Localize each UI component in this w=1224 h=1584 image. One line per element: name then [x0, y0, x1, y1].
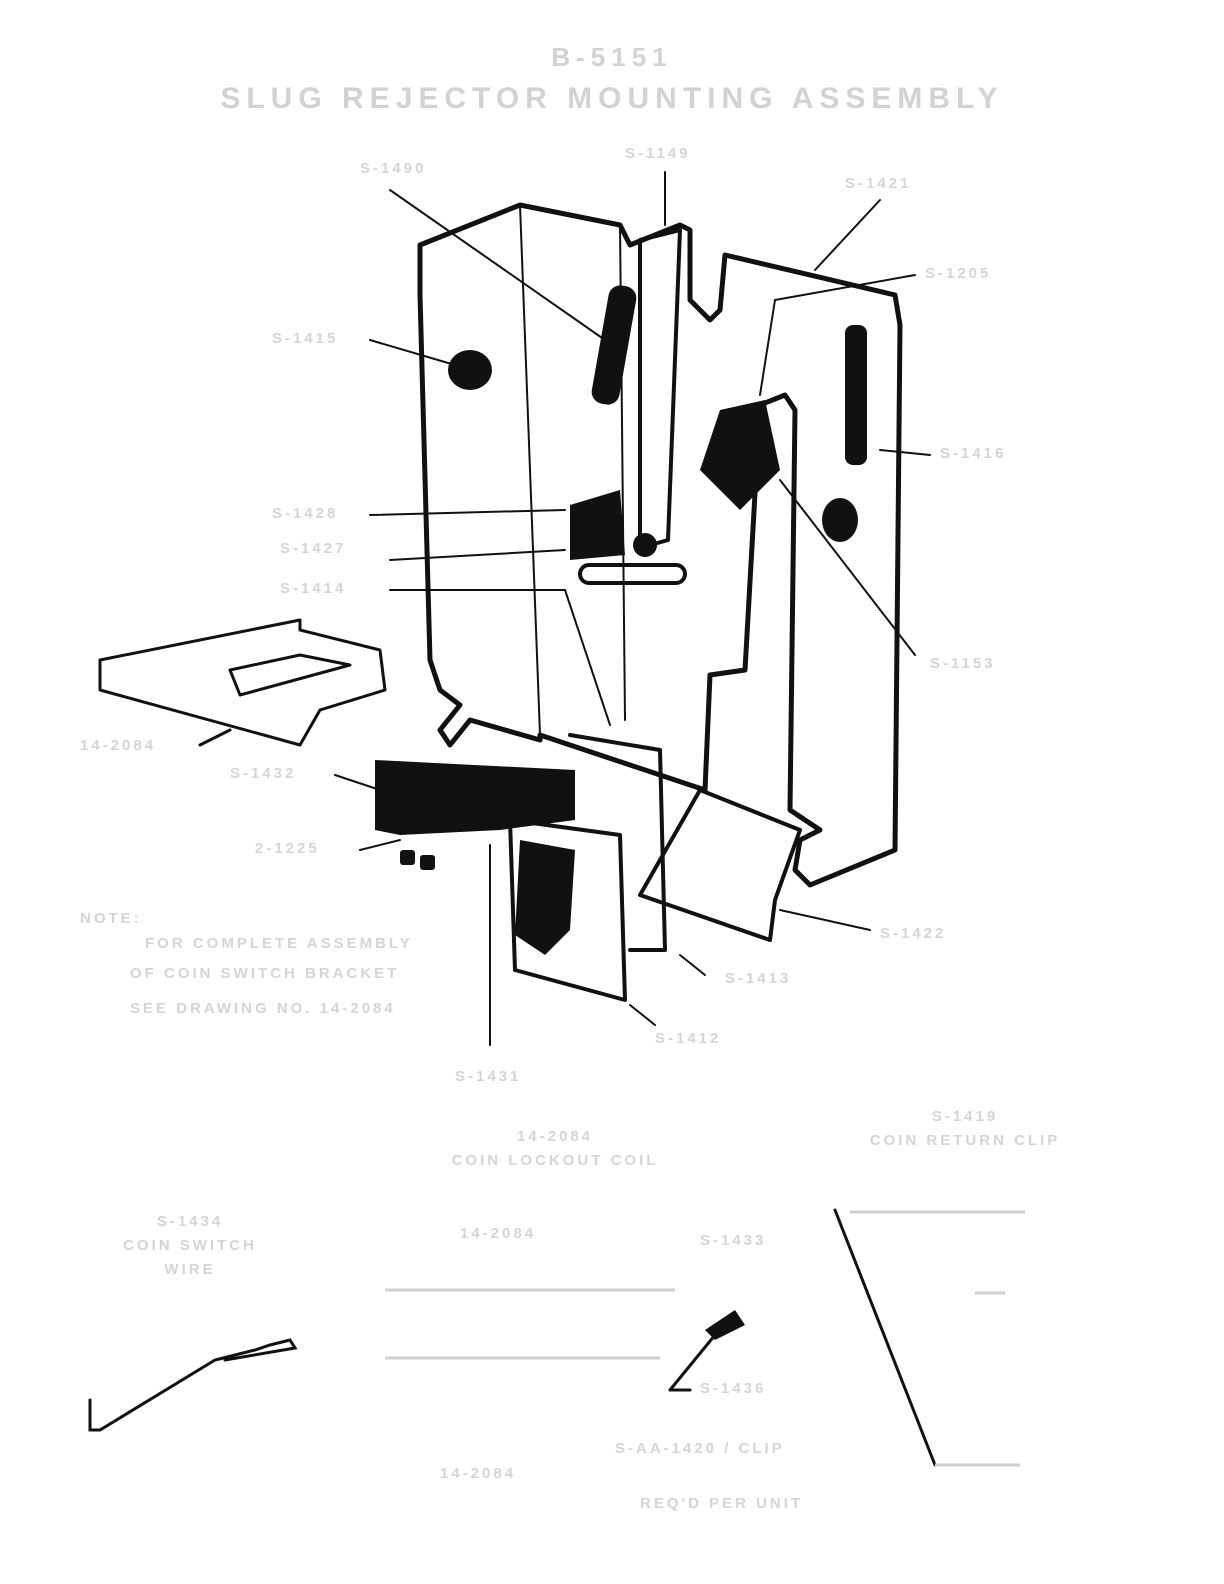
note-line: FOR COMPLETE ASSEMBLY	[145, 935, 413, 952]
lockout-coil-caption: 14-2084 COIN LOCKOUT COIL	[400, 1125, 710, 1173]
callout-label: S-1431	[455, 1068, 521, 1085]
callout-label: S-1422	[880, 925, 946, 942]
right-spring	[845, 325, 867, 465]
exploded-parts-diagram	[0, 0, 1224, 1584]
coil-label: 14-2084	[460, 1225, 536, 1242]
callout-label: S-1428	[272, 505, 338, 522]
callout-label: S-1414	[280, 580, 346, 597]
coin-switch-wire	[90, 1340, 295, 1430]
coil-pin	[705, 1310, 745, 1340]
callout-label: S-1416	[940, 445, 1006, 462]
coil-label: S-1436	[700, 1380, 766, 1397]
callout-label: S-1421	[845, 175, 911, 192]
callout-label: S-1415	[272, 330, 338, 347]
note-heading: NOTE:	[80, 910, 142, 927]
coil-label: S-1433	[700, 1232, 766, 1249]
note-line: OF COIN SWITCH BRACKET	[130, 965, 399, 982]
callout-label: S-1413	[725, 970, 791, 987]
note-line: SEE DRAWING NO. 14-2084	[130, 1000, 396, 1017]
switch-block	[375, 760, 575, 835]
latch	[570, 490, 625, 560]
coil-label: S-AA-1420 / CLIP	[615, 1440, 785, 1457]
left-spring	[590, 283, 638, 406]
callout-label: S-1490	[360, 160, 426, 177]
callout-label: 2-1225	[255, 840, 320, 857]
return-lever	[515, 840, 575, 955]
knob	[448, 350, 492, 390]
callout-label: S-1427	[280, 540, 346, 557]
coil-label: 14-2084	[440, 1465, 516, 1482]
callout-label: S-1432	[230, 765, 296, 782]
coil-label: REQ'D PER UNIT	[640, 1495, 803, 1512]
coin-return-caption: S-1419 COIN RETURN CLIP	[845, 1105, 1085, 1153]
callout-label: S-1149	[625, 145, 691, 162]
callout-label: S-1412	[655, 1030, 721, 1047]
coin-switch-caption: S-1434 COIN SWITCH WIRE	[90, 1210, 290, 1282]
slide-lever	[640, 230, 680, 548]
callout-label: S-1205	[925, 265, 991, 282]
switch-bracket	[100, 620, 385, 745]
pivot-arm	[700, 400, 780, 510]
callout-label: 14-2084	[80, 737, 156, 754]
callout-label: S-1153	[930, 655, 996, 672]
